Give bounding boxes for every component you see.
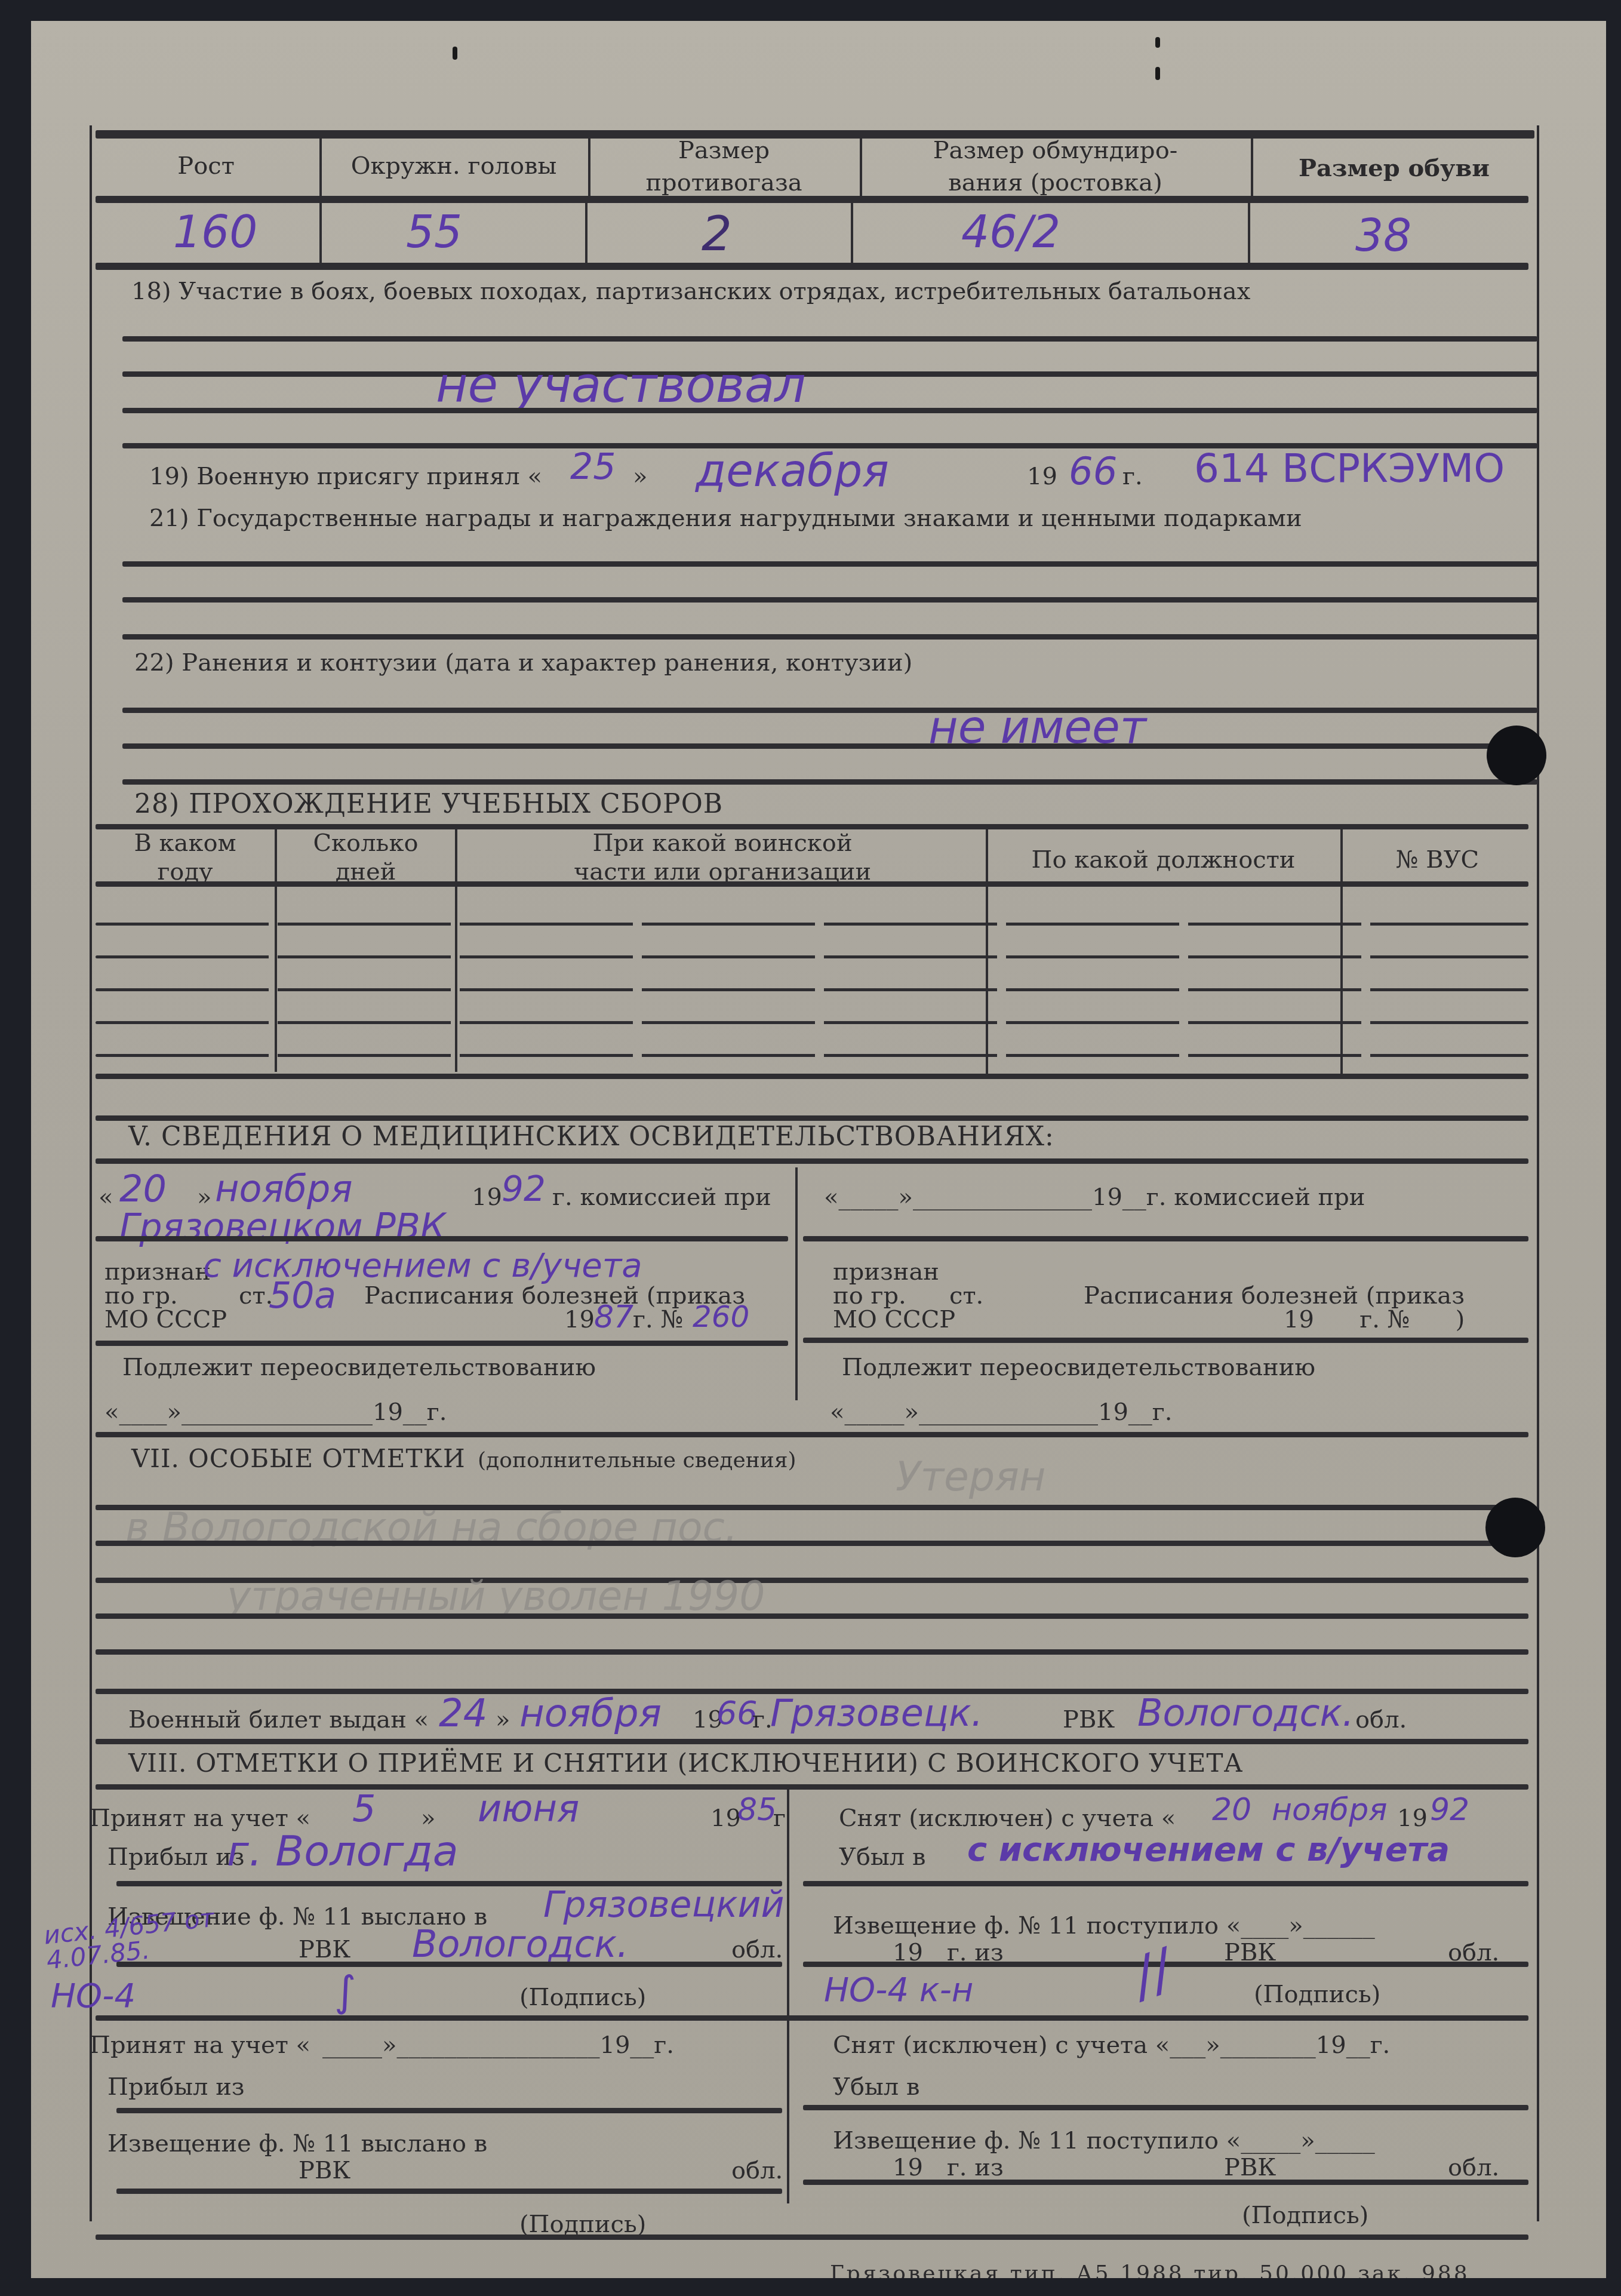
oath-year-prefix: 19 xyxy=(1027,465,1057,488)
notice-region-suffix: обл. xyxy=(731,1938,783,1962)
section-7-subtitle: (дополнительные сведения) xyxy=(478,1450,796,1471)
divider xyxy=(275,887,277,1072)
notice-rvk-label-2: РВК xyxy=(299,2159,350,2183)
notice-received-region-suffix: обл. xyxy=(1448,1941,1499,1965)
divider xyxy=(455,887,457,1072)
divider xyxy=(588,139,590,198)
divider xyxy=(122,597,1537,603)
departed-label: Убыл в xyxy=(839,1845,925,1869)
header-gasmask-2: противогаза xyxy=(591,171,857,195)
mo-label-right: МО СССР xyxy=(833,1308,955,1332)
notice-received-label: Извещение ф. № 11 поступило «____»______ xyxy=(833,1914,1375,1938)
oath-day: 25 xyxy=(570,449,616,485)
notice-received-label-2: Извещение ф. № 11 поступило «_____»_____ xyxy=(833,2129,1375,2153)
accepted-label-2: Принят на учет « xyxy=(90,2033,310,2057)
table-row-line xyxy=(96,988,1528,991)
reexam-date: «____»________________19__г. xyxy=(104,1400,447,1424)
oath-year-suffix: г. xyxy=(1122,465,1143,488)
departed-value: с исключением с в/учета xyxy=(967,1833,1450,1867)
military-id-region: Вологодск. xyxy=(1137,1695,1354,1732)
punch-hole xyxy=(1487,726,1546,785)
divider xyxy=(96,196,1528,203)
divider xyxy=(319,203,322,263)
schedule-label-right: Расписания болезней (приказ xyxy=(1084,1284,1465,1308)
military-id-year: 66 xyxy=(716,1697,758,1729)
notice-rvk-label: РВК xyxy=(299,1938,350,1962)
divider xyxy=(122,408,1537,413)
notice-received-rvk-2: РВК xyxy=(1224,2156,1276,2180)
margin-code-right: НО-4 к-н xyxy=(824,1974,973,2007)
divider xyxy=(795,1167,798,1400)
divider xyxy=(122,779,1537,785)
divider xyxy=(116,2108,782,2113)
group-label: по гр. xyxy=(104,1284,178,1308)
punch-hole xyxy=(1485,1498,1545,1557)
col-year: В каком xyxy=(96,831,275,855)
divider xyxy=(96,1074,1528,1079)
order-no-label: г. № xyxy=(633,1308,683,1332)
section-18-value: не участвовал xyxy=(436,361,806,410)
table-row-line xyxy=(96,955,1528,958)
col-year-2: году xyxy=(96,860,275,884)
removed-day: 20 xyxy=(1212,1794,1251,1825)
col-position: По какой должности xyxy=(989,848,1338,872)
divider xyxy=(860,139,862,198)
divider xyxy=(96,2015,1528,2021)
removed-label-2: Снят (исключен) с учета «___»________19_… xyxy=(833,2033,1390,2057)
accepted-day: 5 xyxy=(352,1790,376,1827)
notice-received-region-suffix-2: обл. xyxy=(1448,2156,1499,2180)
exam-year: 92 xyxy=(502,1172,546,1206)
divider xyxy=(96,1432,1528,1437)
value-uniform: 46/2 xyxy=(961,210,1060,254)
arrived-value: г. Вологда xyxy=(227,1830,459,1872)
section-21-label: 21) Государственные награды и награждени… xyxy=(149,506,1302,530)
order-year: 87 xyxy=(594,1302,633,1333)
table-row-line xyxy=(96,1021,1528,1024)
divider xyxy=(96,1739,1528,1744)
mo-label: МО СССР xyxy=(104,1308,227,1332)
section-5-title: V. СВЕДЕНИЯ О МЕДИЦИНСКИХ ОСВИДЕТЕЛЬСТВО… xyxy=(128,1124,1054,1150)
divider xyxy=(96,1341,788,1346)
military-id-rvk-label: РВК xyxy=(1063,1708,1115,1732)
value-gasmask: 2 xyxy=(702,210,732,258)
reexam-label: Подлежит переосвидетельствованию xyxy=(122,1356,596,1379)
arrived-label: Прибыл из xyxy=(107,1845,245,1869)
section-22-label: 22) Ранения и контузии (дата и характер … xyxy=(134,651,912,675)
notice-region-suffix-2: обл. xyxy=(731,2159,783,2183)
section-7-title: VII. ОСОБЫЕ ОТМЕТКИ xyxy=(131,1446,466,1471)
divider xyxy=(455,829,457,881)
recognized-label: признан xyxy=(104,1260,211,1284)
divider xyxy=(96,2234,1528,2240)
divider xyxy=(96,1158,1528,1164)
divider xyxy=(96,1613,1528,1619)
col-days-2: дней xyxy=(278,860,454,884)
notice-received-line2-2: _____19__г. из xyxy=(833,2156,1004,2180)
accepted-year: 85 xyxy=(737,1794,777,1825)
group-label-right: по гр. xyxy=(833,1284,906,1308)
divider xyxy=(851,203,853,263)
divider xyxy=(803,2105,1528,2110)
divider xyxy=(803,1236,1528,1241)
section-18-label: 18) Участие в боях, боевых походах, парт… xyxy=(131,279,1250,303)
reexam-date-right: «_____»_______________19__г. xyxy=(830,1400,1173,1424)
divider xyxy=(803,2180,1528,2185)
divider xyxy=(96,1541,1528,1546)
margin-code: НО-4 xyxy=(51,1980,136,2013)
table-row-line xyxy=(96,1054,1528,1057)
article-value: 50а xyxy=(269,1278,336,1314)
divider xyxy=(585,203,588,263)
value-head: 55 xyxy=(406,210,462,254)
header-head-circumference: Окружн. головы xyxy=(322,154,585,178)
divider xyxy=(986,829,988,881)
signature-label: (Подпись) xyxy=(519,1985,646,2009)
notice-received-rvk: РВК xyxy=(1224,1941,1276,1965)
military-id-district: Грязовецк. xyxy=(770,1695,983,1732)
removed-month: ноября xyxy=(1272,1794,1387,1825)
divider xyxy=(803,1881,1528,1886)
divider xyxy=(96,1115,1528,1121)
divider xyxy=(1340,829,1343,881)
signature-label-right: (Подпись) xyxy=(1254,1983,1380,2006)
divider xyxy=(787,1785,789,2203)
pencil-note: утраченный уволен 1990 xyxy=(227,1576,765,1617)
military-id-label: Военный билет выдан « xyxy=(128,1708,429,1732)
order-no: 260 xyxy=(693,1302,749,1332)
divider xyxy=(116,2189,782,2194)
divider xyxy=(96,1784,1528,1790)
col-unit: При какой воинской xyxy=(460,831,985,855)
signature-label-2: (Подпись) xyxy=(519,2212,646,2236)
divider xyxy=(116,1962,782,1967)
departed-label-2: Убыл в xyxy=(833,2075,919,2099)
divider xyxy=(1248,203,1250,263)
value-shoe: 38 xyxy=(1355,214,1411,258)
divider xyxy=(122,743,1537,749)
col-days: Сколько xyxy=(278,831,454,855)
divider xyxy=(986,887,988,1075)
recognized-label-right: признан xyxy=(833,1260,939,1284)
article-label-right: ст. xyxy=(949,1284,983,1308)
divider xyxy=(803,1338,1528,1343)
oath-label: 19) Военную присягу принял « xyxy=(149,465,542,488)
header-height: Рост xyxy=(96,154,316,178)
oath-month: декабря xyxy=(696,449,889,493)
divider xyxy=(96,130,1534,139)
divider xyxy=(96,1649,1528,1655)
notice-label-2: Извещение ф. № 11 выслано в xyxy=(107,2132,487,2156)
divider xyxy=(1251,139,1253,198)
divider xyxy=(122,371,1537,377)
signature-scribble: ∫ xyxy=(334,1971,356,2012)
divider xyxy=(1340,887,1343,1075)
exam-month: ноября xyxy=(215,1170,353,1207)
notice-to: Грязовецкий xyxy=(543,1887,785,1923)
military-id-year-suffix: г. xyxy=(752,1708,773,1732)
value-height: 160 xyxy=(173,210,257,254)
removed-year: 92 xyxy=(1430,1794,1469,1825)
divider xyxy=(122,336,1537,342)
exam-commission-label: г. комиссией при xyxy=(552,1185,771,1209)
col-unit-2: части или организации xyxy=(460,860,985,884)
staple-hole xyxy=(453,47,457,60)
scan-border xyxy=(0,2278,1621,2296)
military-id-day: 24 xyxy=(439,1695,487,1733)
reexam-label-right: Подлежит переосвидетельствованию xyxy=(842,1356,1315,1379)
accepted-month: июня xyxy=(478,1790,579,1827)
exam-date-line: «_____»_______________19__г. комиссией п… xyxy=(824,1185,1365,1209)
header-gasmask: Размер xyxy=(591,139,857,162)
article-label: ст. xyxy=(239,1284,273,1308)
table-row-line xyxy=(96,923,1528,926)
divider xyxy=(275,829,277,881)
divider xyxy=(96,824,1528,829)
section-28-title: 28) ПРОХОЖДЕНИЕ УЧЕБНЫХ СБОРОВ xyxy=(134,791,723,817)
divider xyxy=(122,561,1537,567)
signature-label-right-2: (Подпись) xyxy=(1242,2203,1368,2227)
col-vus: № ВУС xyxy=(1343,848,1531,872)
divider xyxy=(96,1236,788,1241)
section-8-title: VIII. ОТМЕТКИ О ПРИЁМЕ И СНЯТИИ (ИСКЛЮЧЕ… xyxy=(128,1751,1243,1776)
divider xyxy=(122,634,1537,640)
divider xyxy=(96,263,1528,270)
header-shoe: Размер обуви xyxy=(1254,156,1534,180)
pencil-note: Утерян xyxy=(896,1457,1045,1498)
exam-day: 20 xyxy=(119,1170,167,1207)
oath-year: 66 xyxy=(1069,453,1117,491)
header-uniform-2: вания (ростовка) xyxy=(863,171,1248,195)
divider xyxy=(96,881,1528,887)
arrived-label-2: Прибыл из xyxy=(107,2075,245,2099)
removed-label: Снят (исключен) с учета « xyxy=(839,1806,1176,1830)
header-uniform: Размер обмундиро- xyxy=(863,139,1248,162)
notice-received-line2: _____19__г. из xyxy=(833,1941,1004,1965)
divider xyxy=(122,708,1537,713)
staple-hole xyxy=(1155,67,1160,80)
notice-region: Вологодск. xyxy=(412,1926,629,1963)
order-line-right: 19 г. № ) xyxy=(1284,1308,1465,1332)
staple-hole xyxy=(1155,37,1160,48)
divider xyxy=(319,139,322,198)
military-id-region-suffix: обл. xyxy=(1355,1708,1407,1732)
schedule-label: Расписания болезней (приказ xyxy=(364,1284,745,1308)
military-id-month: ноября xyxy=(519,1695,662,1733)
oath-unit: 614 ВСРКЭУМО xyxy=(1194,449,1505,488)
